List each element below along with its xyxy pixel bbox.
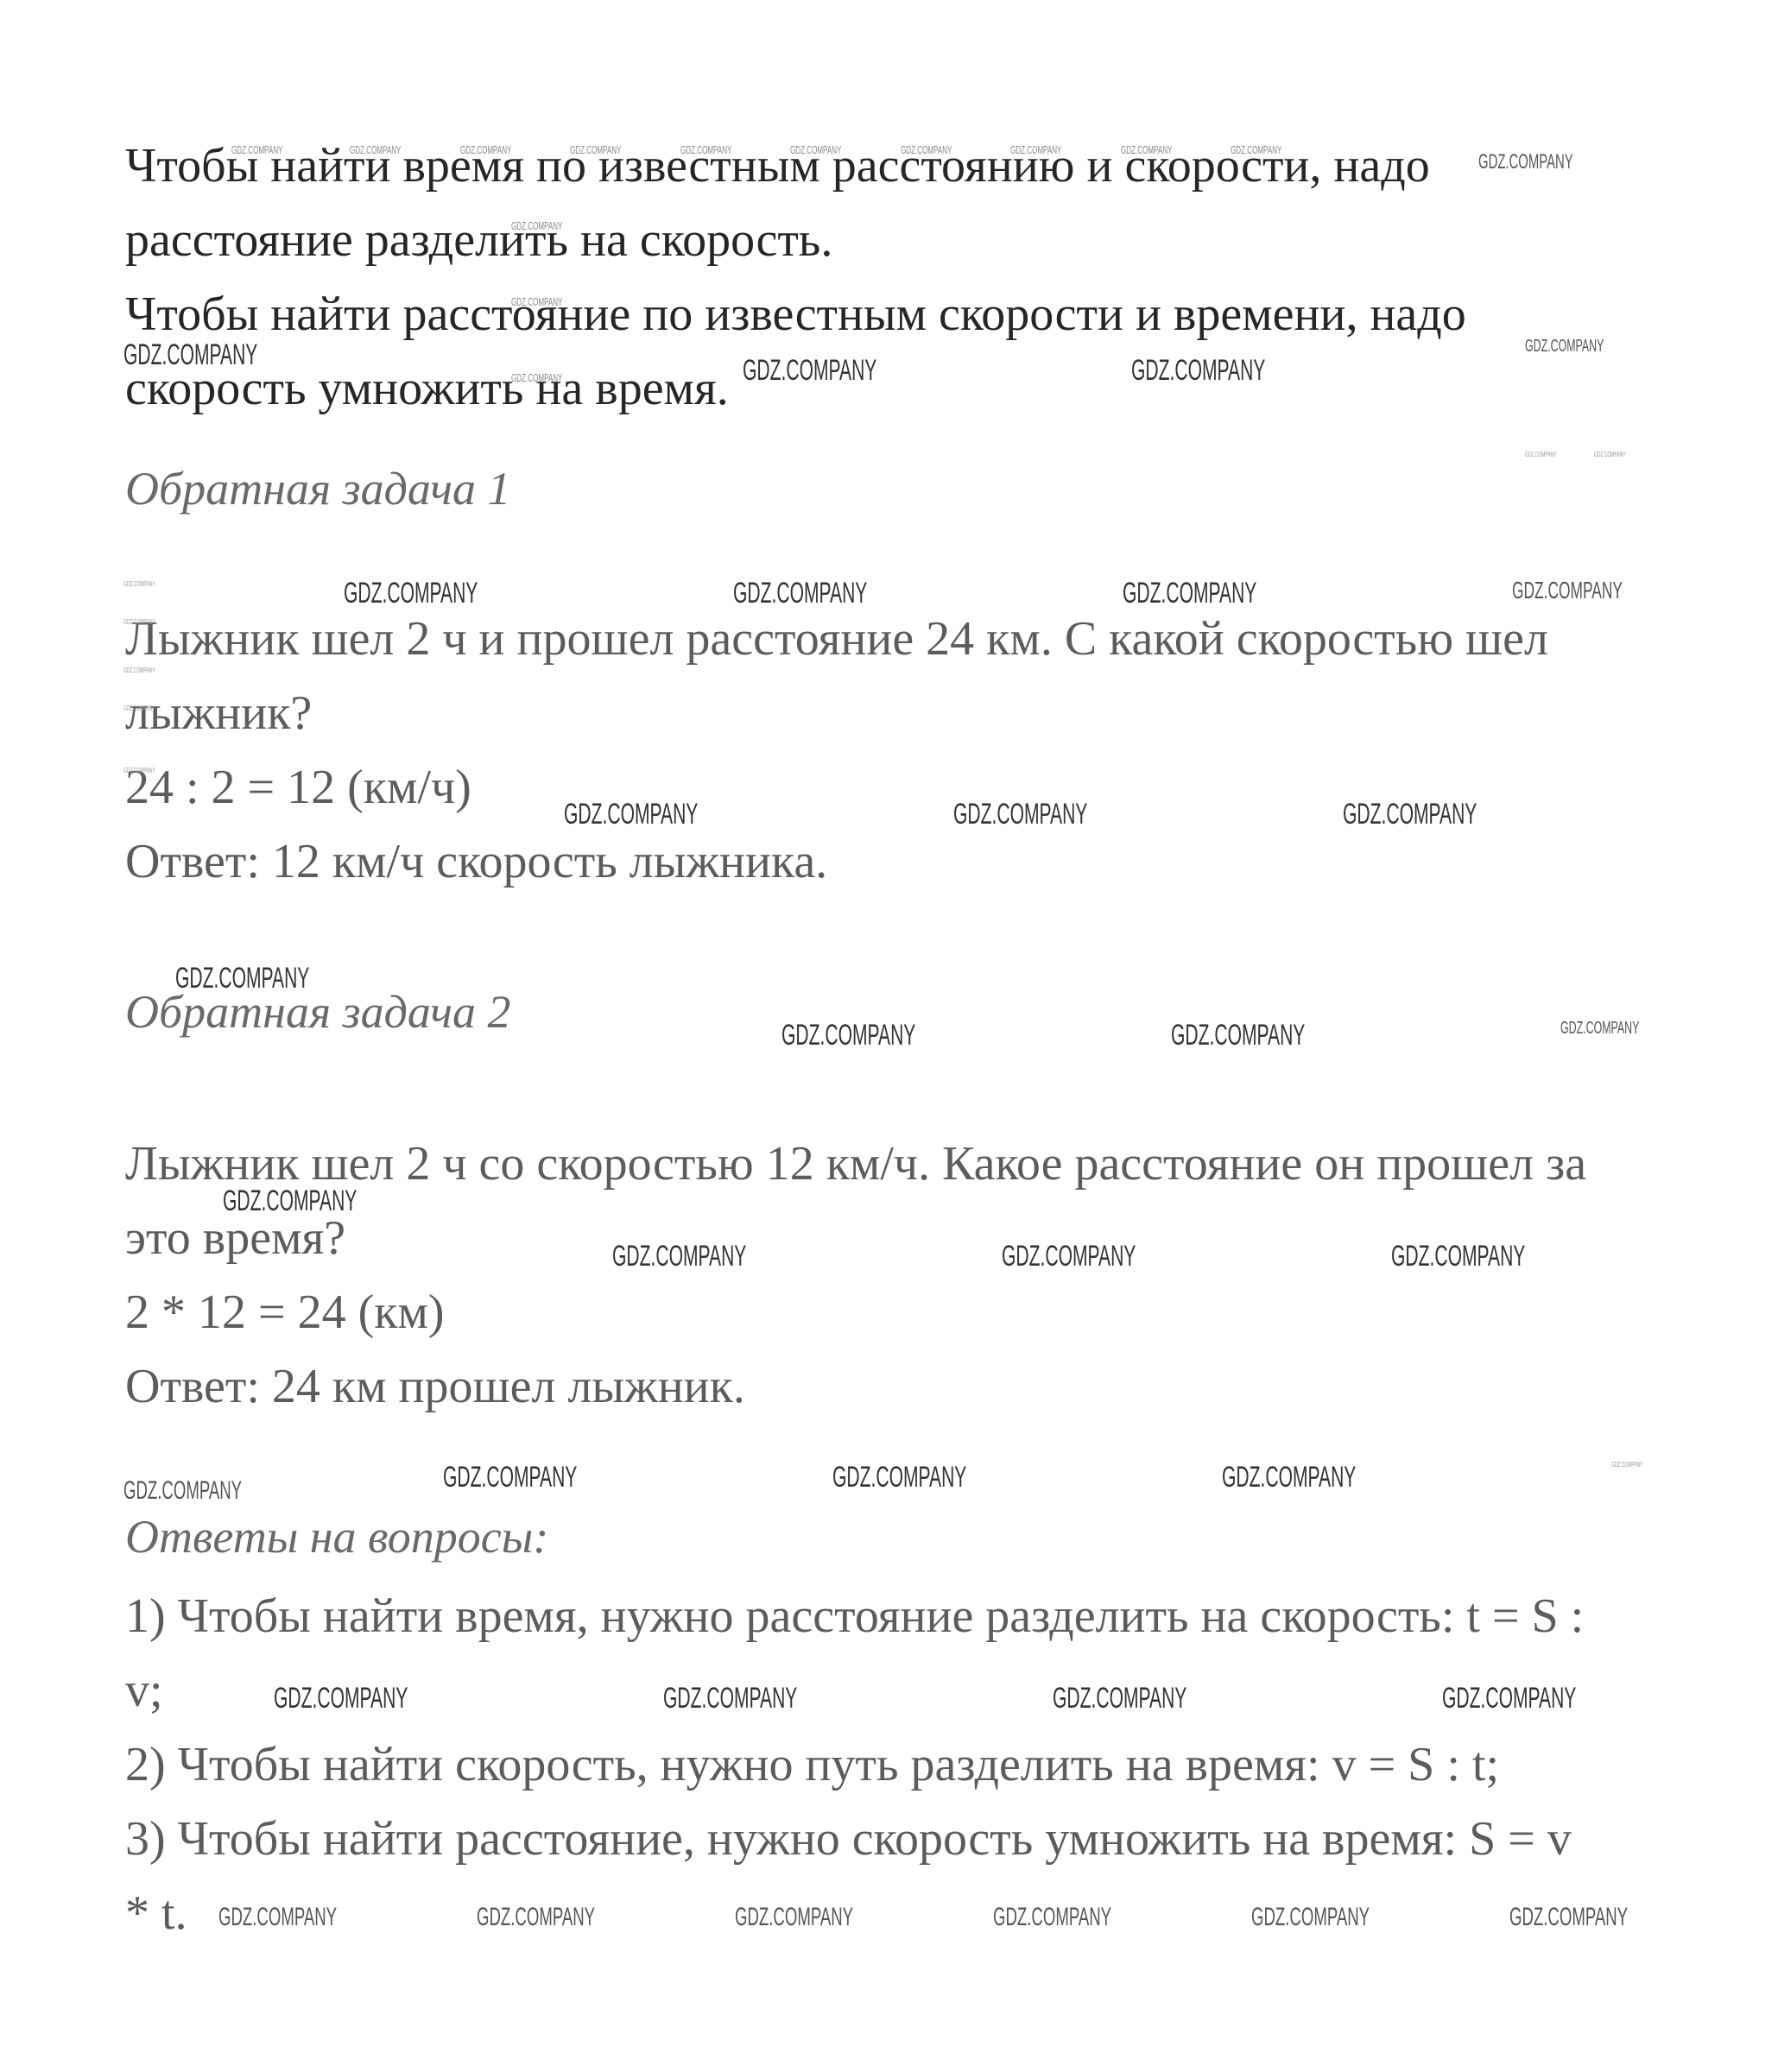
watermark: GDZ.COMPANY [1251, 1903, 1370, 1932]
watermark: GDZ.COMPANY [511, 295, 562, 308]
watermark: GDZ.COMPANY [1442, 1682, 1576, 1715]
watermark: GDZ.COMPANY [832, 1461, 966, 1494]
watermark: GDZ.COMPANY [123, 580, 155, 588]
task2-answer: Ответ: 24 км прошел лыжник. [125, 1359, 745, 1414]
watermark: GDZ.COMPANY [1010, 143, 1061, 156]
task2-solution: 2 * 12 = 24 (км) [125, 1285, 445, 1340]
watermark: GDZ.COMPANY [123, 666, 155, 674]
intro-line-2: расстояние разделить на скорость. [125, 212, 832, 268]
watermark: GDZ.COMPANY [175, 962, 309, 995]
watermark: GDZ.COMPANY [1509, 1903, 1628, 1932]
watermark: GDZ.COMPANY [680, 143, 731, 156]
watermark: GDZ.COMPANY [231, 143, 282, 156]
watermark: GDZ.COMPANY [1171, 1019, 1305, 1052]
watermark: GDZ.COMPANY [1121, 143, 1172, 156]
answer-item-2: 2) Чтобы найти скорость, нужно путь разд… [125, 1737, 1499, 1792]
watermark: GDZ.COMPANY [733, 577, 867, 610]
watermark: GDZ.COMPANY [570, 143, 621, 156]
watermark: GDZ.COMPANY [443, 1461, 577, 1494]
watermark: GDZ.COMPANY [1611, 1461, 1643, 1469]
watermark: GDZ.COMPANY [460, 143, 511, 156]
answer-item-1-line-2: v; [125, 1663, 163, 1718]
answers-heading: Ответы на вопросы: [125, 1509, 548, 1564]
watermark: GDZ.COMPANY [1594, 451, 1626, 458]
watermark: GDZ.COMPANY [663, 1682, 797, 1715]
watermark: GDZ.COMPANY [1123, 577, 1256, 610]
watermark: GDZ.COMPANY [123, 338, 257, 372]
watermark: GDZ.COMPANY [123, 704, 155, 712]
task2-problem-line-2: это время? [125, 1210, 345, 1266]
watermark: GDZ.COMPANY [743, 354, 876, 388]
watermark: GDZ.COMPANY [1131, 354, 1265, 388]
watermark: GDZ.COMPANY [218, 1903, 337, 1932]
watermark: GDZ.COMPANY [123, 767, 155, 774]
watermark: GDZ.COMPANY [350, 143, 401, 156]
intro-line-3: Чтобы найти расстояние по известным скор… [125, 287, 1466, 342]
watermark: GDZ.COMPANY [564, 798, 698, 831]
watermark: GDZ.COMPANY [477, 1903, 595, 1932]
task1-answer: Ответ: 12 км/ч скорость лыжника. [125, 834, 827, 889]
watermark: GDZ.COMPANY [1343, 798, 1477, 831]
watermark: GDZ.COMPANY [511, 219, 562, 232]
watermark: GDZ.COMPANY [1525, 451, 1557, 458]
answer-item-1-line-1: 1) Чтобы найти время, нужно расстояние р… [125, 1589, 1584, 1644]
watermark: GDZ.COMPANY [1391, 1240, 1525, 1273]
watermark: GDZ.COMPANY [123, 1476, 242, 1506]
task2-problem-line-1: Лыжник шел 2 ч со скоростью 12 км/ч. Как… [125, 1136, 1586, 1191]
watermark: GDZ.COMPANY [612, 1240, 746, 1273]
answer-item-3-line-1: 3) Чтобы найти расстояние, нужно скорост… [125, 1811, 1572, 1867]
watermark: GDZ.COMPANY [1525, 337, 1604, 357]
watermark: GDZ.COMPANY [993, 1903, 1111, 1932]
document-page: Чтобы найти время по известным расстояни… [0, 0, 1778, 2072]
watermark: GDZ.COMPANY [1053, 1682, 1186, 1715]
task1-solution: 24 : 2 = 12 (км/ч) [125, 760, 471, 815]
watermark: GDZ.COMPANY [735, 1903, 853, 1932]
watermark: GDZ.COMPANY [953, 798, 1087, 831]
task1-problem-line-2: лыжник? [125, 685, 312, 741]
watermark: GDZ.COMPANY [274, 1682, 408, 1715]
watermark: GDZ.COMPANY [1002, 1240, 1136, 1273]
task1-heading: Обратная задача 1 [125, 461, 510, 516]
watermark: GDZ.COMPANY [511, 371, 562, 384]
watermark: GDZ.COMPANY [1560, 1019, 1639, 1039]
watermark: GDZ.COMPANY [1478, 150, 1573, 174]
watermark: GDZ.COMPANY [344, 577, 478, 610]
watermark: GDZ.COMPANY [781, 1019, 915, 1052]
watermark: GDZ.COMPANY [901, 143, 952, 156]
watermark: GDZ.COMPANY [1231, 143, 1281, 156]
watermark: GDZ.COMPANY [123, 618, 155, 626]
task1-problem-line-1: Лыжник шел 2 ч и прошел расстояние 24 км… [125, 611, 1548, 666]
watermark: GDZ.COMPANY [1512, 577, 1623, 604]
watermark: GDZ.COMPANY [790, 143, 841, 156]
answer-item-3-line-2: * t. [125, 1886, 187, 1941]
watermark: GDZ.COMPANY [223, 1184, 357, 1218]
watermark: GDZ.COMPANY [1222, 1461, 1356, 1494]
